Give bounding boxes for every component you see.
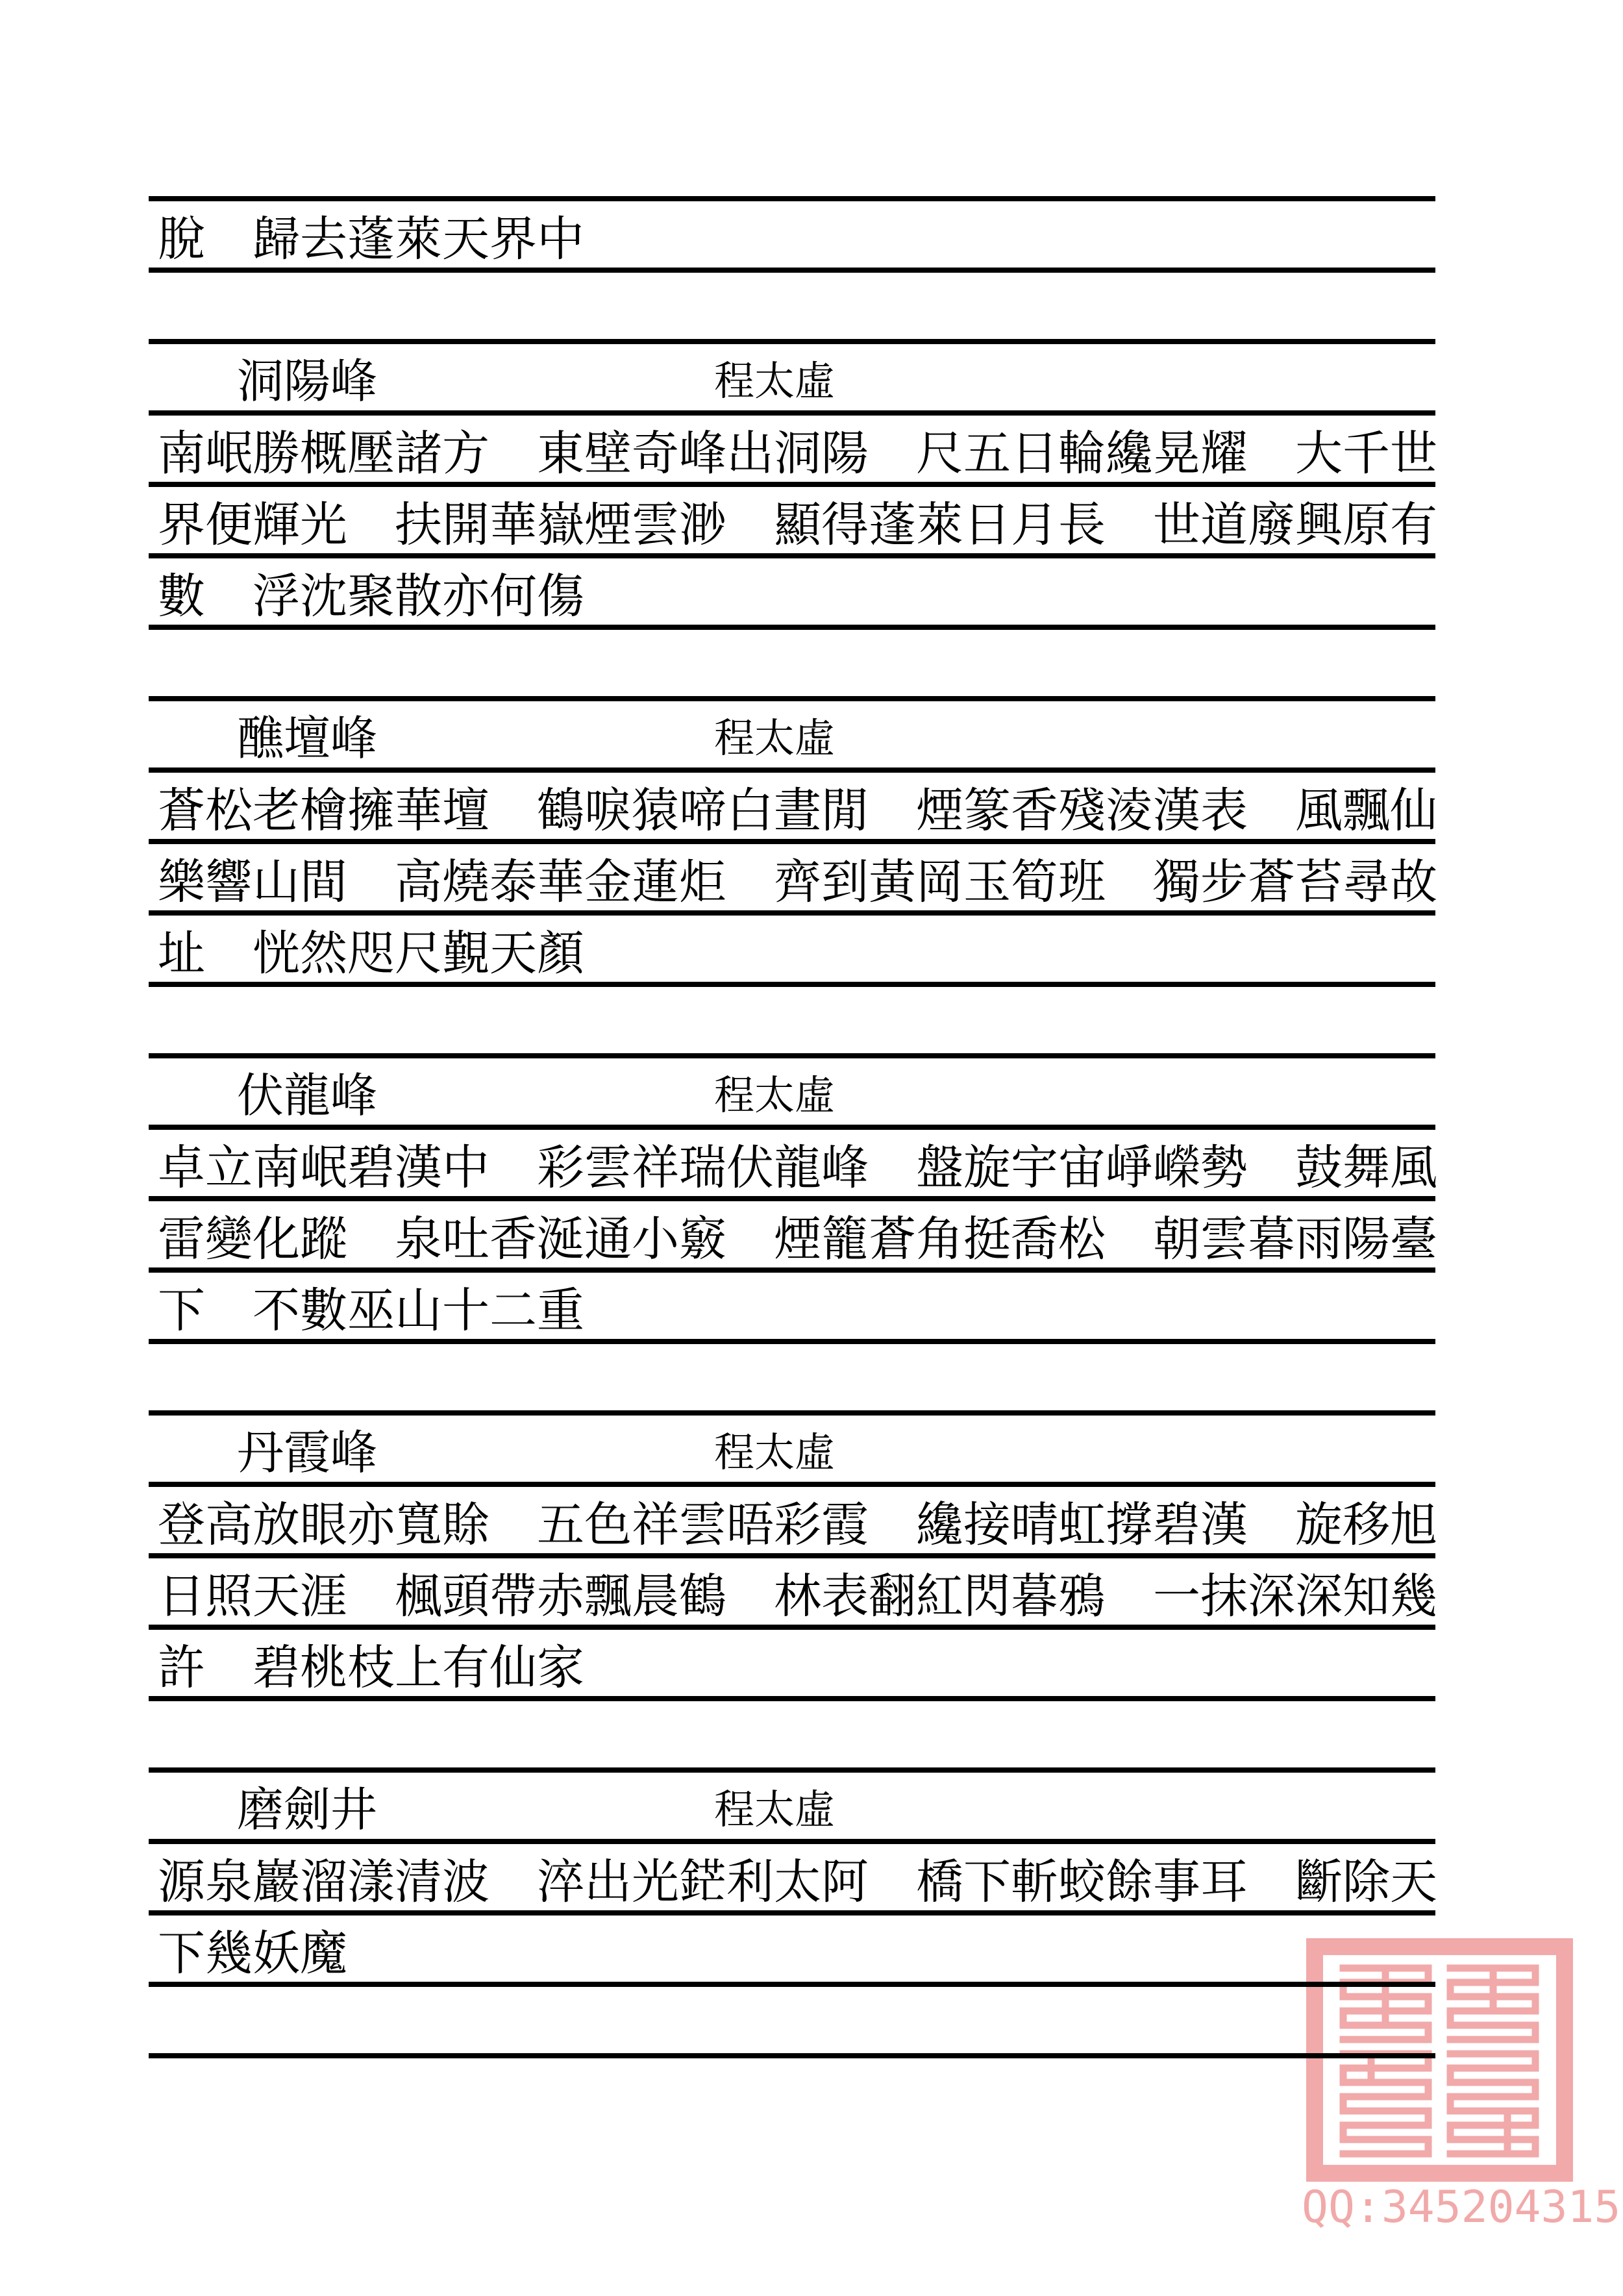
poem-section: 磨劍井 程太虛 源泉巖溜漾清波 淬出光鋩利太阿 橋下斬蛟餘事耳 斷除天 下幾妖魔 [149,1767,1435,2058]
poem-section: 洞陽峰 程太虛 南岷勝概壓諸方 東壁奇峰出洞陽 尺五日輪纔晃耀 大千世 界便輝光… [149,339,1435,630]
poem-author: 程太虛 [714,706,835,764]
poem-line: 脫 歸去蓬萊天界中 [158,201,584,269]
poem-line-row: 卓立南岷碧漢中 彩雲祥瑞伏龍峰 盤旋宇宙崢嶸勢 鼓舞風 [149,1130,1435,1201]
poem-line: 雷變化蹤 泉吐香涎通小竅 煙籠蒼角挺喬松 朝雲暮雨陽臺 [158,1201,1437,1269]
poem-title-row: 醮壇峰 程太虛 [149,701,1435,773]
poem-line-row: 樂響山間 高燒泰華金蓮炬 齊到黃岡玉筍班 獨步蒼苔尋故 [149,844,1435,916]
poem-author: 程太虛 [714,1420,835,1478]
poem-author: 程太虛 [714,1063,835,1121]
poem-author: 程太虛 [714,349,835,406]
poem-line-row: 雷變化蹤 泉吐香涎通小竅 煙籠蒼角挺喬松 朝雲暮雨陽臺 [149,1201,1435,1273]
poem-title: 丹霞峰 [237,1415,377,1482]
poem-document-body: 脫 歸去蓬萊天界中 洞陽峰 程太虛 南岷勝概壓諸方 東壁奇峰出洞陽 尺五日輪纔晃… [149,196,1435,2125]
poem-line: 許 碧桃枝上有仙家 [158,1629,584,1697]
poem-line-row [149,1987,1435,2058]
poem-line: 址 恍然咫尺覲天顏 [158,915,584,983]
continuation-table: 脫 歸去蓬萊天界中 [149,196,1435,273]
poem-author: 程太虛 [714,1777,835,1835]
poem-line-row: 下幾妖魔 [149,1915,1435,1987]
poem-title-row: 磨劍井 程太虛 [149,1773,1435,1844]
poem-line: 下幾妖魔 [158,1915,347,1983]
poem-line-row: 源泉巖溜漾清波 淬出光鋩利太阿 橋下斬蛟餘事耳 斷除天 [149,1844,1435,1915]
poem-section: 丹霞峰 程太虛 登高放眼亦寬賖 五色祥雲晤彩霞 纔接晴虹撐碧漢 旋移旭 日照天涯… [149,1410,1435,1701]
poem-line: 登高放眼亦寬賖 五色祥雲晤彩霞 纔接晴虹撐碧漢 旋移旭 [158,1486,1437,1554]
poem-title-row: 丹霞峰 程太虛 [149,1416,1435,1487]
poem-line: 蒼松老檜擁華壇 鶴唳猿啼白晝閒 煙篆香殘淩漢表 風飄仙 [158,772,1437,840]
poem-line-row: 數 浮沈聚散亦何傷 [149,558,1435,630]
poem-line-row: 下 不數巫山十二重 [149,1273,1435,1344]
seal-stamp-icon [1306,1938,1573,2182]
poem-line-row: 址 恍然咫尺覲天顏 [149,916,1435,987]
poem-line: 樂響山間 高燒泰華金蓮炬 齊到黃岡玉筍班 獨步蒼苔尋故 [158,843,1437,912]
poem-title: 伏龍峰 [237,1058,377,1125]
watermark-qq-text: QQ:345204315 [1302,2182,1623,2234]
poem-line-row: 南岷勝概壓諸方 東壁奇峰出洞陽 尺五日輪纔晃耀 大千世 [149,416,1435,487]
poem-line: 源泉巖溜漾清波 淬出光鋩利太阿 橋下斬蛟餘事耳 斷除天 [158,1843,1437,1912]
poem-line-row: 許 碧桃枝上有仙家 [149,1630,1435,1701]
poem-section: 伏龍峰 程太虛 卓立南岷碧漢中 彩雲祥瑞伏龍峰 盤旋宇宙崢嶸勢 鼓舞風 雷變化蹤… [149,1053,1435,1344]
poem-line-row: 界便輝光 扶開華嶽煙雲渺 顯得蓬萊日月長 世道廢興原有 [149,487,1435,558]
poem-line: 日照天涯 楓頭帶赤飄晨鶴 林表翻紅閃暮鴉 一抹深深知幾 [158,1558,1437,1626]
poem-line: 南岷勝概壓諸方 東壁奇峰出洞陽 尺五日輪纔晃耀 大千世 [158,415,1437,483]
poem-line: 下 不數巫山十二重 [158,1272,584,1340]
poem-title-row: 洞陽峰 程太虛 [149,344,1435,416]
poem-line-row: 日照天涯 楓頭帶赤飄晨鶴 林表翻紅閃暮鴉 一抹深深知幾 [149,1558,1435,1630]
poem-section: 醮壇峰 程太虛 蒼松老檜擁華壇 鶴唳猿啼白晝閒 煙篆香殘淩漢表 風飄仙 樂響山間… [149,696,1435,987]
poem-line: 數 浮沈聚散亦何傷 [158,558,584,626]
poem-line-row: 脫 歸去蓬萊天界中 [149,201,1435,273]
poem-line: 界便輝光 扶開華嶽煙雲渺 顯得蓬萊日月長 世道廢興原有 [158,486,1437,555]
poem-title-row: 伏龍峰 程太虛 [149,1058,1435,1130]
document-page: 脫 歸去蓬萊天界中 洞陽峰 程太虛 南岷勝概壓諸方 東壁奇峰出洞陽 尺五日輪纔晃… [0,0,1623,2296]
poem-line-row: 登高放眼亦寬賖 五色祥雲晤彩霞 纔接晴虹撐碧漢 旋移旭 [149,1487,1435,1558]
seal-pattern [1315,1947,1565,2173]
poem-title: 磨劍井 [237,1772,377,1840]
poem-line: 卓立南岷碧漢中 彩雲祥瑞伏龍峰 盤旋宇宙崢嶸勢 鼓舞風 [158,1129,1437,1197]
poem-title: 醮壇峰 [237,701,377,768]
poem-line-row: 蒼松老檜擁華壇 鶴唳猿啼白晝閒 煙篆香殘淩漢表 風飄仙 [149,773,1435,844]
watermark: QQ:345204315 [1302,1938,1623,2234]
poem-title: 洞陽峰 [237,343,377,411]
